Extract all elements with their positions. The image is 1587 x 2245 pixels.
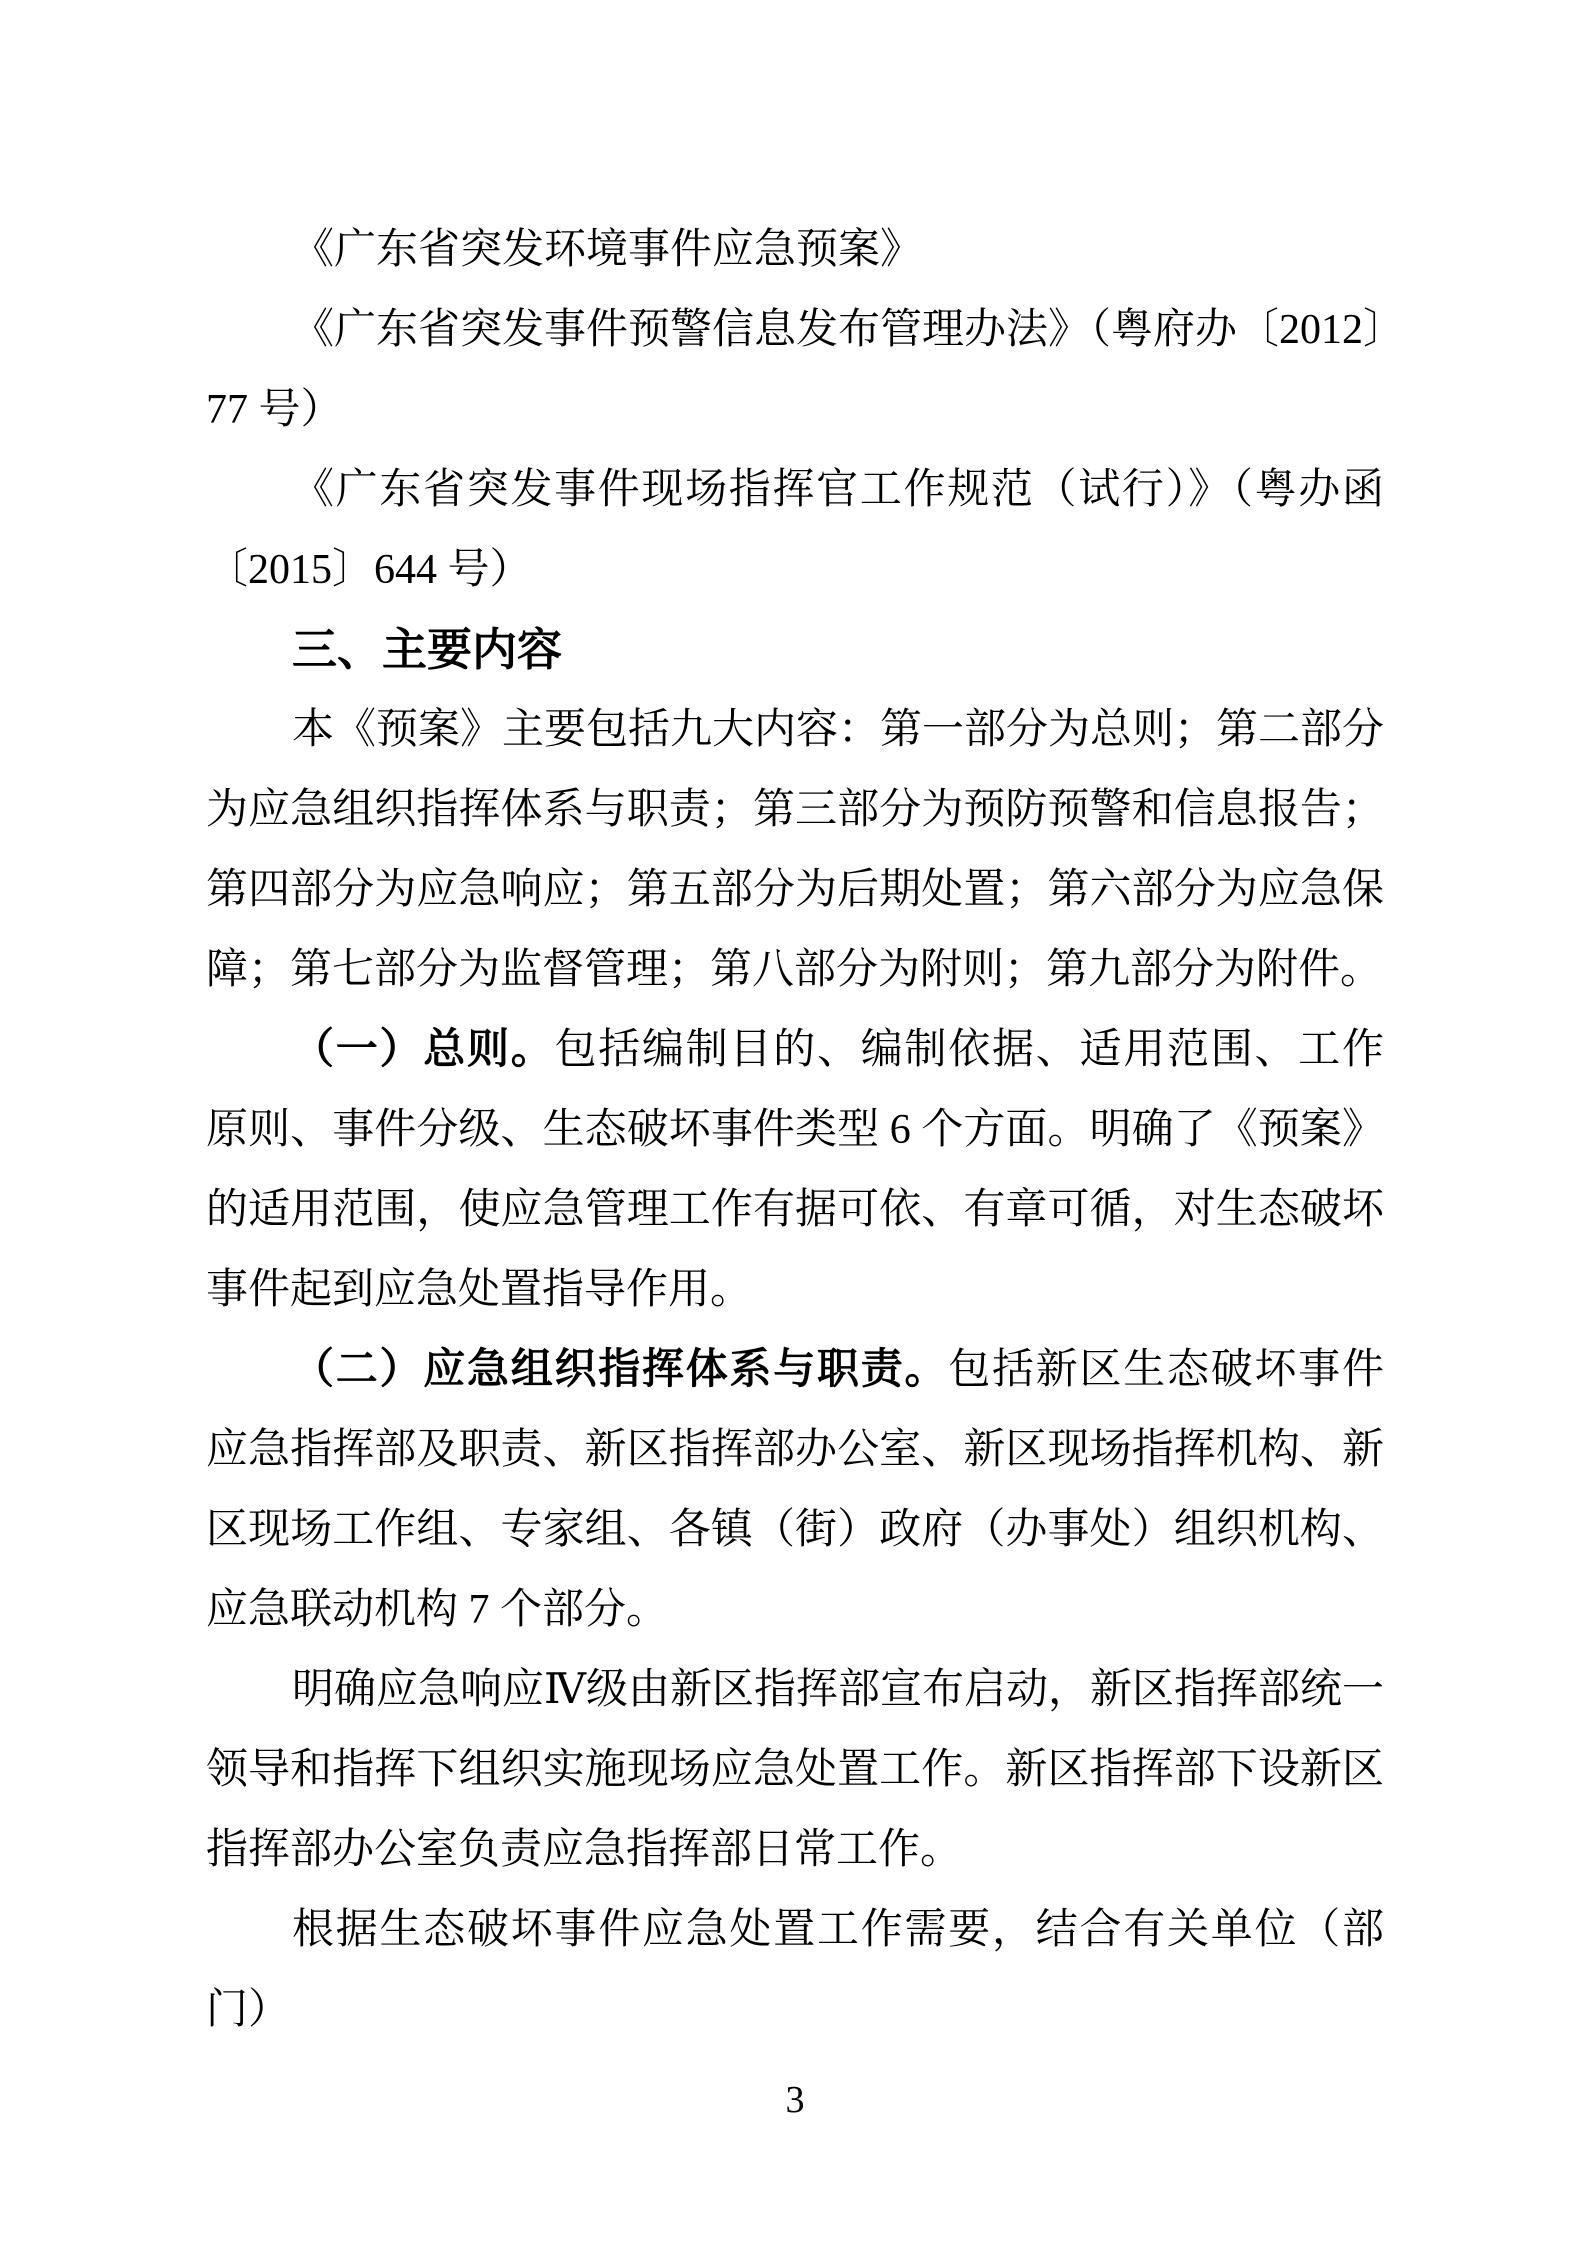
paragraph-text: 根据生态破坏事件应急处置工作需要，结合有关单位（部门） xyxy=(206,1907,1384,2033)
paragraph-text: 本《预案》主要包括九大内容：第一部分为总则；第二部分为应急组织指挥体系与职责；第… xyxy=(206,707,1384,993)
reference-item: 《广东省突发事件现场指挥官工作规范（试行）》（粤办函〔2015〕644 号） xyxy=(206,450,1384,610)
reference-item: 《广东省突发环境事件应急预案》 xyxy=(206,210,1384,290)
section-heading: 三、主要内容 xyxy=(206,610,1384,690)
body-paragraph: 本《预案》主要包括九大内容：第一部分为总则；第二部分为应急组织指挥体系与职责；第… xyxy=(206,690,1384,1010)
page-number: 3 xyxy=(206,2060,1384,2140)
paragraph-lead: （一）总则。 xyxy=(292,1027,555,1073)
body-paragraph: （一）总则。包括编制目的、编制依据、适用范围、工作原则、事件分级、生态破坏事件类… xyxy=(206,1010,1384,1330)
body-paragraph: 根据生态破坏事件应急处置工作需要，结合有关单位（部门） xyxy=(206,1890,1384,2050)
body-paragraph: （二）应急组织指挥体系与职责。包括新区生态破坏事件应急指挥部及职责、新区指挥部办… xyxy=(206,1330,1384,1650)
reference-item: 《广东省突发事件预警信息发布管理办法》（粤府办〔2012〕77 号） xyxy=(206,290,1384,450)
document-page: 《广东省突发环境事件应急预案》 《广东省突发事件预警信息发布管理办法》（粤府办〔… xyxy=(0,0,1587,2245)
body-paragraph: 明确应急响应Ⅳ级由新区指挥部宣布启动，新区指挥部统一领导和指挥下组织实施现场应急… xyxy=(206,1650,1384,1890)
paragraph-text: 明确应急响应Ⅳ级由新区指挥部宣布启动，新区指挥部统一领导和指挥下组织实施现场应急… xyxy=(206,1667,1384,1873)
document-content: 《广东省突发环境事件应急预案》 《广东省突发事件预警信息发布管理办法》（粤府办〔… xyxy=(206,210,1384,2050)
paragraph-lead: （二）应急组织指挥体系与职责。 xyxy=(292,1347,948,1393)
